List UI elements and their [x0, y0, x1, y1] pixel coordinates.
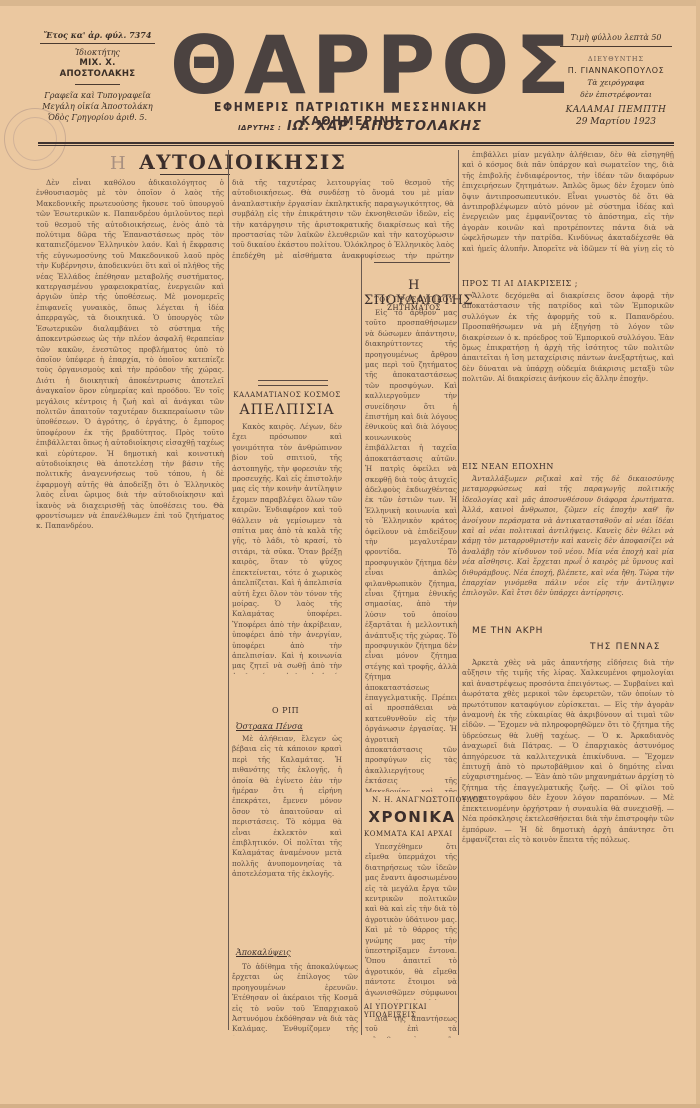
column-divider: [458, 150, 459, 1035]
director-name: Π. ΓΙΑΝΝΑΚΟΠΟΥΛΟΣ: [560, 65, 672, 77]
price: Τιμὴ φύλλου λεπτὰ 50: [560, 32, 672, 47]
chronika-text-2: Διὰ τῆς ἀπαντήσεως τοῦ ἐπὶ τὰ φιλανθρωπι…: [365, 1014, 457, 1038]
newspaper-page: Ἔτος κα' ἀρ. φύλ. 7374 Ἰδιοκτήτης ΜΙΧ. Χ…: [0, 0, 700, 1108]
column-2-top: διὰ τῆς ταχυτέρας λειτουργίας τοῦ θεσμοῦ…: [232, 178, 454, 260]
column-divider: [228, 150, 229, 1030]
apelpisia-body: Κακὸς καιρὸς. Λέγων, δὲν ἔχει πρόσωπον κ…: [232, 422, 342, 674]
chronika-text-1: Υπεσχέθημεν ὅτι εἴμεθα ὑπερμάχοι τῆς δια…: [365, 842, 457, 1000]
ornament-rule: [374, 262, 450, 263]
article-title-new-era: ΕΙΣ ΝΕΑΝ ΕΠΟΧΗΝ: [462, 462, 602, 471]
newspaper-title: ΘΑΡΡΟΣ: [170, 28, 530, 104]
headline-article: Η: [110, 153, 127, 174]
masthead-rule: [38, 142, 674, 144]
diakriseis-text: Ἄλλοτε δεχόμεθα αἱ διακρίσεις ὅσον ἀφορᾷ…: [462, 291, 674, 385]
city-day: ΚΑΛΑΜΑΙ ΠΕΜΠΤΗ: [560, 104, 672, 116]
masthead-rule-thin: [38, 145, 674, 146]
scan-edge-bottom: [0, 1104, 700, 1108]
subsection-ostraka: Ὀστρακα Πένσα: [236, 722, 303, 731]
chronika-body-1: Υπεσχέθημεν ὅτι εἴμεθα ὑπερμάχοι τῆς δια…: [365, 842, 457, 1000]
masthead-left-box: Ἔτος κα' ἀρ. φύλ. 7374 Ἰδιοκτήτης ΜΙΧ. Χ…: [40, 30, 155, 123]
founder-name: ΙΩ. ΧΑΡ. ΑΠΟΣΤΟΛΑΚΗΣ: [287, 119, 482, 134]
scan-edge-top: [0, 0, 700, 6]
refugee-text: Εἰς τὸ ἄρθρον μας τοῦτο προσπαθήσωμεν νὰ…: [365, 308, 457, 792]
owner-name: ΜΙΧ. Χ. ΑΠΟΣΤΟΛΑΚΗΣ: [40, 58, 155, 80]
director-label: ΔΙΕΥΘΥΝΤΗΣ: [560, 53, 672, 65]
refugee-body: Εἰς τὸ ἄρθρον μας τοῦτο προσπαθήσωμεν νὰ…: [365, 308, 457, 792]
offices-line-2: Μεγάλη οἰκία Ἀποστολάκη: [40, 101, 155, 112]
offices-line-1: Γραφεῖα καὶ Τυπογραφεῖα: [40, 90, 155, 101]
issue-date: 29 Μαρτίου 1923: [560, 116, 672, 128]
main-article-continued: διὰ τῆς ταχυτέρας λειτουργίας τοῦ θεσμοῦ…: [232, 178, 454, 260]
chronika-body-2: Διὰ τῆς ἀπαντήσεως τοῦ ἐπὶ τὰ φιλανθρωπι…: [365, 1014, 457, 1038]
offices-line-3: Ὁδὸς Γρηγορίου ἀριθ. 5.: [40, 112, 155, 123]
article-title-pen-line2: ΤΗΣ ΠΕΝΝΑΣ: [590, 642, 674, 652]
col3-text: ἐπιβάλλει μίαν μεγάλην ἀλήθειαν, δὲν θὰ …: [462, 150, 674, 254]
manuscripts-line-2: δὲν ἐπιστρέφονται: [560, 89, 672, 101]
founder-label: ΙΔΡΥΤΗΣ :: [238, 124, 281, 132]
column-divider: [361, 255, 362, 1035]
manuscripts-line-1: Τὰ χειρόγραφα: [560, 77, 672, 89]
section-kalamata: ΚΑΛΑΜΑΤΙΑΝΟΣ ΚΟΣΜΟΣ: [232, 391, 342, 399]
divider: [75, 84, 120, 85]
article-title-diakriseis: ΠΡΟΣ ΤΙ ΑΙ ΔΙΑΚΡΙΣΕΙΣ ;: [462, 279, 602, 288]
apokalypseis-text: Τὸ ἀδίθημα τῆς ἀποκαλύψεως ἔρχεται ὡς ἐπ…: [232, 962, 358, 1036]
signature-rip: Ο ΡΙΠ: [272, 706, 299, 715]
chronika-sub-parties: ΚΟΜΜΑΤΑ ΚΑΙ ΑΡΧΑΙ: [364, 830, 460, 838]
subsection-apokalypseis: Ἀποκαλύψεις: [236, 948, 291, 957]
apelpisia-text: Κακὸς καιρὸς. Λέγων, δὲν ἔχει πρόσωπον κ…: [232, 422, 342, 674]
masthead-right-box: Τιμὴ φύλλου λεπτὰ 50 ΔΙΕΥΘΥΝΤΗΣ Π. ΓΙΑΝΝ…: [560, 32, 672, 128]
headline-rule: [160, 174, 230, 175]
diakriseis-body: Ἄλλοτε δεχόμεθα αἱ διακρίσεις ὅσον ἀφορᾷ…: [462, 291, 674, 459]
main-article-body: Δὲν εἶναι καθόλου ἀδικαιολόγητος ὁ ἐνθου…: [36, 178, 224, 532]
issue-line: Ἔτος κα' ἀρ. φύλ. 7374: [40, 30, 155, 44]
scan-edge-right: [696, 0, 700, 1108]
ostraka-text: Μὲ ἀλήθειαν, ἔλεγεν ὡς βέβαια εἰς τὰ κάπ…: [232, 734, 342, 880]
column-3-top: ἐπιβάλλει μίαν μεγάλην ἀλήθειαν, δὲν θὰ …: [462, 150, 674, 254]
main-headline: ΗΑΥΤΟΔΙΟΙΚΗΣΙΣ: [110, 150, 340, 174]
apokalypseis-body: Τὸ ἀδίθημα τῆς ἀποκαλύψεως ἔρχεται ὡς ἐπ…: [232, 962, 358, 1036]
pen-text: Ἀρκετὰ χθὲς νὰ μᾶς ἀπαντήσῃς εἰδήσεις δι…: [462, 658, 674, 845]
pen-body: Ἀρκετὰ χθὲς νὰ μᾶς ἀπαντήσῃς εἰδήσεις δι…: [462, 658, 674, 1038]
headline-text: ΑΥΤΟΔΙΟΙΚΗΣΙΣ: [139, 150, 346, 174]
new-era-body: Ἀνταλλάξωμεν ριζικαὶ καὶ τῆς δὲ δικαιοσύ…: [462, 474, 674, 618]
owner-label: Ἰδιοκτήτης: [40, 47, 155, 58]
ostraka-body: Μὲ ἀλήθειαν, ἔλεγεν ὡς βέβαια εἰς τὰ κάπ…: [232, 734, 342, 934]
new-era-text: Ἀνταλλάξωμεν ριζικαὶ καὶ τῆς δὲ δικαιοσύ…: [462, 474, 674, 599]
column-1: Δὲν εἶναι καθόλου ἀδικαιολόγητος ὁ ἐνθου…: [36, 178, 224, 1036]
ornament-rule: [258, 380, 328, 386]
article-title-apelpisia: ΑΠΕΛΠΙΣΙΑ: [232, 402, 342, 418]
section-chronika: ΧΡΟΝΙΚΑ: [364, 808, 460, 826]
founder-line: ΙΔΡΥΤΗΣ : ΙΩ. ΧΑΡ. ΑΠΟΣΤΟΛΑΚΗΣ: [210, 119, 510, 134]
article-title-pen-line1: ΜΕ ΤΗΝ ΑΚΡΗ: [472, 626, 592, 636]
